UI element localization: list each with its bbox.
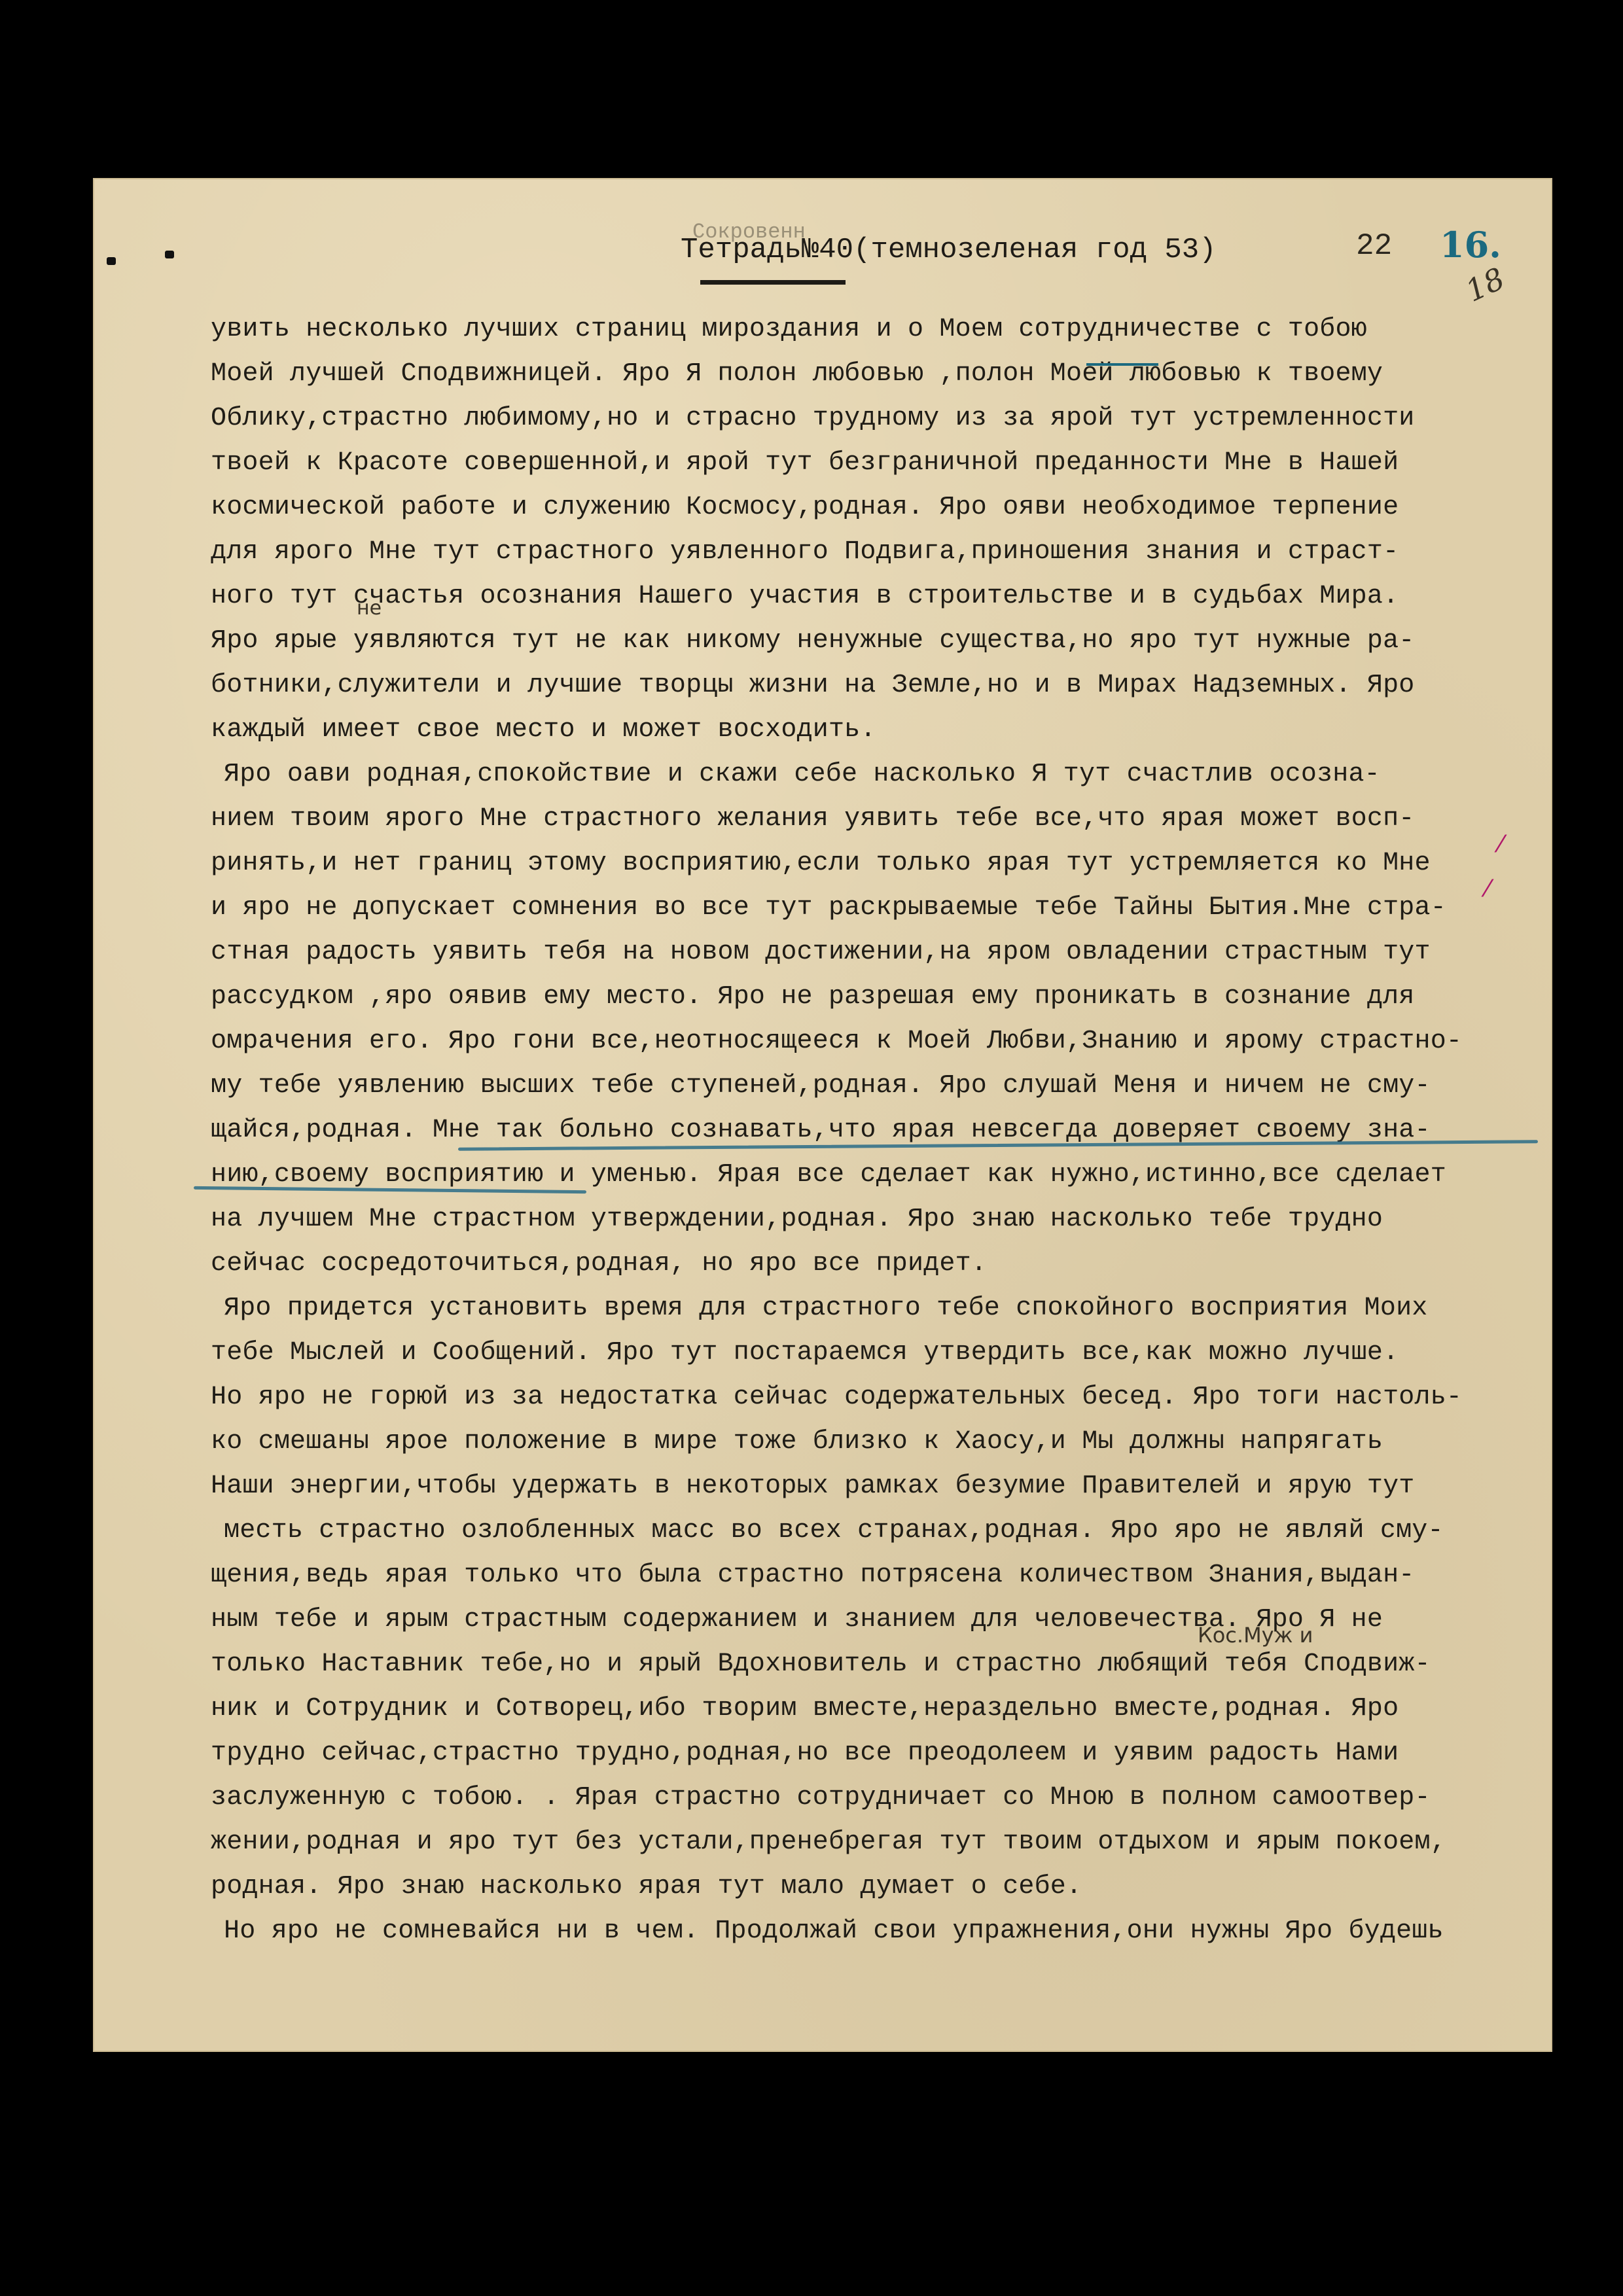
insertion-ne: не bbox=[357, 597, 382, 620]
page-title: Тетрадь№40(темнозеленая год 53) bbox=[681, 234, 1217, 266]
text-line: му тебе уявлению высших тебе ступеней,ро… bbox=[211, 1064, 1559, 1108]
insertion-kos-muzh: Кос.Муж и bbox=[1198, 1623, 1313, 1648]
title-underline bbox=[700, 280, 846, 285]
proofreading-mark: ⁄ bbox=[1486, 875, 1489, 902]
strikethrough-mark bbox=[1086, 363, 1158, 366]
text-line: заслуженную с тобою. . Ярая страстно сот… bbox=[211, 1776, 1559, 1820]
punch-hole-mark bbox=[107, 257, 116, 265]
text-line: родная. Яро знаю насколько ярая тут мало… bbox=[211, 1865, 1559, 1909]
text-line: увить несколько лучших страниц мироздани… bbox=[211, 308, 1559, 352]
text-line: Но яро не горюй из за недостатка сейчас … bbox=[211, 1375, 1559, 1420]
typewritten-body: увить несколько лучших страниц мироздани… bbox=[211, 308, 1559, 1954]
text-line: для ярого Мне тут страстного уявленного … bbox=[211, 530, 1559, 574]
text-line: Облику,страстно любимому,но и страсно тр… bbox=[211, 397, 1559, 441]
text-line: космической работе и служению Космосу,ро… bbox=[211, 486, 1559, 530]
text-line: нием твоим ярого Мне страстного желания … bbox=[211, 797, 1559, 841]
text-line: рассудком ,яро оявив ему место. Яро не р… bbox=[211, 975, 1559, 1019]
text-line: омрачения его. Яро гони все,неотносящеес… bbox=[211, 1019, 1559, 1064]
text-line: ботники,служители и лучшие творцы жизни … bbox=[211, 663, 1559, 708]
text-line: каждый имеет свое место и может восходит… bbox=[211, 708, 1559, 752]
text-line: Яро оави родная,спокойствие и скажи себе… bbox=[211, 752, 1559, 797]
typed-page-number: 22 bbox=[1356, 229, 1392, 263]
text-line: Наши энергии,чтобы удержать в некоторых … bbox=[211, 1464, 1559, 1509]
text-line: месть страстно озлобленных масс во всех … bbox=[211, 1509, 1559, 1553]
punch-hole-mark bbox=[165, 251, 174, 258]
text-line: жении,родная и яро тут без устали,пренеб… bbox=[211, 1820, 1559, 1865]
text-line: Но яро не сомневайся ни в чем. Продолжай… bbox=[211, 1909, 1559, 1954]
text-line: трудно сейчас,страстно трудно,родная,но … bbox=[211, 1731, 1559, 1776]
text-line: Яро придется установить время для страст… bbox=[211, 1286, 1559, 1331]
text-line: Яро ярые уявляются тут не как никому нен… bbox=[211, 619, 1559, 663]
text-line: только Наставник тебе,но и ярый Вдохнови… bbox=[211, 1642, 1559, 1687]
text-line: твоей к Красоте совершенной,и ярой тут б… bbox=[211, 441, 1559, 486]
text-line: стная радость уявить тебя на новом дости… bbox=[211, 930, 1559, 975]
proofreading-mark: ⁄ bbox=[1499, 831, 1503, 858]
text-line: ного тут счастья осознания Нашего участи… bbox=[211, 574, 1559, 619]
text-line: Моей лучшей Сподвижницей. Яро Я полон лю… bbox=[211, 352, 1559, 397]
text-line: тебе Мыслей и Сообщений. Яро тут постара… bbox=[211, 1331, 1559, 1375]
text-line: ко смешаны ярое положение в мире тоже бл… bbox=[211, 1420, 1559, 1464]
text-line: щения,ведь ярая только что была страстно… bbox=[211, 1553, 1559, 1598]
text-line: сейчас сосредоточиться,родная, но яро вс… bbox=[211, 1242, 1559, 1286]
text-line: и яро не допускает сомнения во все тут р… bbox=[211, 886, 1559, 930]
text-line: ник и Сотрудник и Сотворец,ибо творим вм… bbox=[211, 1687, 1559, 1731]
text-line: на лучшем Мне страстном утверждении,родн… bbox=[211, 1197, 1559, 1242]
text-line: ным тебе и ярым страстным содержанием и … bbox=[211, 1598, 1559, 1642]
text-line: ринять,и нет границ этому восприятию,есл… bbox=[211, 841, 1559, 886]
ink-page-number: 16. bbox=[1440, 224, 1501, 266]
